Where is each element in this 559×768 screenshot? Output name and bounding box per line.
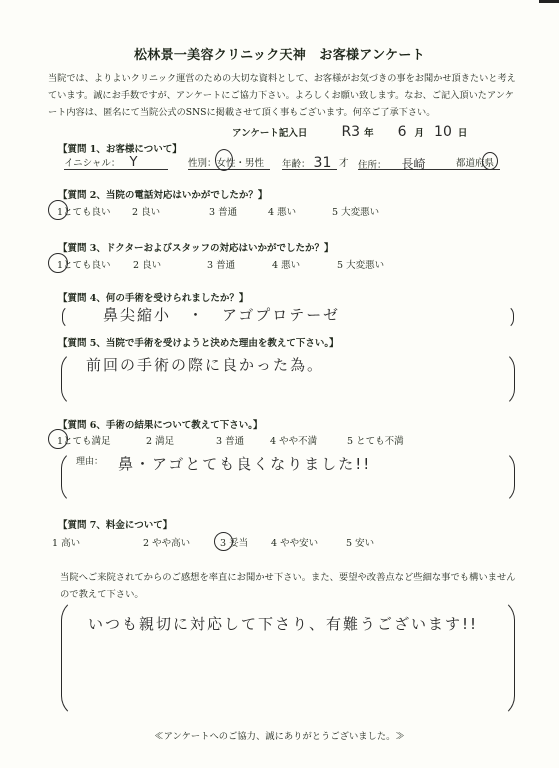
q7-options: 1 高い 2 やや高い 3 妥当 4 やや安い 5 安い <box>52 535 522 551</box>
q3-options: 1とても良い 2 良い 3 普通 4 悪い 5 大変悪い <box>57 257 517 273</box>
initial-label: イニシャル： <box>64 158 120 169</box>
q7-option-5[interactable]: 5 安い <box>346 535 374 549</box>
q2-option-5[interactable]: 5 大変悪い <box>332 204 379 218</box>
q2-heading: 【質問 2、当院の電話対応はいかがでしたか？】 <box>58 187 267 201</box>
q6-reason-label: 理由： <box>76 454 103 467</box>
q5-heading: 【質問 5、当院で手術を受けようと決めた理由を教えて下さい。】 <box>58 335 339 349</box>
q2-selected-circle <box>48 200 68 220</box>
q3-option-4[interactable]: 4 悪い <box>272 257 300 271</box>
footer-thanks: ≪アンケートへのご協力、誠にありがとうございました。≫ <box>0 728 559 742</box>
q4-answer: 鼻尖縮小 ・ アゴプロテーゼ <box>103 304 340 325</box>
q1-heading: 【質問 1、お客様について】 <box>58 141 182 155</box>
age-value: 31 <box>314 155 332 171</box>
date-day[interactable]: 10 <box>434 124 452 140</box>
q2-options: 1とても良い 2 良い 3 普通 4 悪い 5 大変悪い <box>57 204 517 220</box>
q2-option-2[interactable]: 2 良い <box>132 204 160 218</box>
feedback-answer: いつも親切に対応して下さり、有難うございます!! <box>88 613 478 634</box>
q6-reason-box[interactable]: 理由： 鼻・アゴとても良くなりました!! <box>61 450 515 504</box>
date-month[interactable]: 6 <box>398 124 407 140</box>
q6-selected-circle <box>48 429 68 449</box>
initial-field[interactable]: イニシャル： Y <box>64 155 168 170</box>
q2-option-3[interactable]: 3 普通 <box>209 204 237 218</box>
q7-selected-circle <box>214 532 233 551</box>
q6-heading: 【質問 6、手術の結果について教えて下さい。】 <box>58 417 262 431</box>
q3-option-3[interactable]: 3 普通 <box>207 257 235 271</box>
address-value: 長崎 <box>402 157 426 171</box>
initial-value: Y <box>129 155 137 170</box>
feedback-answer-box[interactable]: いつも親切に対応して下さり、有難うございます!! <box>61 598 515 718</box>
page-title: 松林景一美容クリニック天神 お客様アンケート <box>0 44 559 63</box>
q7-option-4[interactable]: 4 やや安い <box>271 535 318 549</box>
intro-text: 当院では、よりよいクリニック運営のための大切な資料として、お客様がお気づきの事を… <box>48 70 518 121</box>
q6-option-2[interactable]: 2 満足 <box>146 433 174 447</box>
q2-option-4[interactable]: 4 悪い <box>268 204 296 218</box>
q3-selected-circle <box>48 253 68 273</box>
q3-option-5[interactable]: 5 大変悪い <box>337 257 384 271</box>
survey-page: 松林景一美容クリニック天神 お客様アンケート 当院では、よりよいクリニック運営の… <box>0 0 559 768</box>
q6-option-4[interactable]: 4 やや不満 <box>270 433 317 447</box>
date-row: アンケート記入日 R3 年 6 月 10 日 <box>232 124 467 140</box>
date-era-year[interactable]: R3 <box>341 124 360 140</box>
prefecture-selected-circle <box>482 152 498 170</box>
scan-edge-mark <box>539 0 559 3</box>
q3-heading: 【質問 3、ドクターおよびスタッフの対応はいかがでしたか？】 <box>58 240 334 254</box>
q7-heading: 【質問 7、料金について】 <box>58 517 172 531</box>
age-field[interactable]: 年齢： 31 <box>282 155 337 170</box>
q6-option-5[interactable]: 5 とても不満 <box>347 433 404 447</box>
gender-option-male[interactable]: 男性 <box>245 158 264 169</box>
q6-option-3[interactable]: 3 普通 <box>216 433 244 447</box>
gender-label: 性別： <box>188 158 217 169</box>
gender-separator: ・ <box>236 158 246 169</box>
date-label: アンケート記入日 <box>232 125 307 139</box>
q4-heading: 【質問 4、何の手術を受けられましたか？】 <box>58 290 248 304</box>
q7-option-1[interactable]: 1 高い <box>52 535 80 549</box>
gender-selected-circle <box>215 149 233 171</box>
q5-answer-box[interactable]: 前回の手術の際に良かった為。 <box>61 351 515 407</box>
q3-option-2[interactable]: 2 良い <box>133 257 161 271</box>
date-year-unit: 年 <box>364 125 374 139</box>
date-day-unit: 日 <box>458 125 468 139</box>
q6-options: 1とても満足 2 満足 3 普通 4 やや不満 5 とても不満 <box>57 433 517 449</box>
gender-field[interactable]: 性別：女性・男性 <box>188 155 270 170</box>
q7-option-2[interactable]: 2 やや高い <box>143 535 190 549</box>
q5-answer: 前回の手術の際に良かった為。 <box>86 354 324 375</box>
address-field[interactable]: 住所： 長崎 都道府県 <box>358 155 500 170</box>
address-label: 住所： <box>358 160 387 171</box>
q6-reason-answer: 鼻・アゴとても良くなりました!! <box>118 453 371 474</box>
date-month-unit: 月 <box>415 125 425 139</box>
age-unit: 才 <box>339 155 349 169</box>
q4-answer-box[interactable]: 鼻尖縮小 ・ アゴプロテーゼ <box>62 305 514 329</box>
age-label: 年齢： <box>282 159 311 170</box>
